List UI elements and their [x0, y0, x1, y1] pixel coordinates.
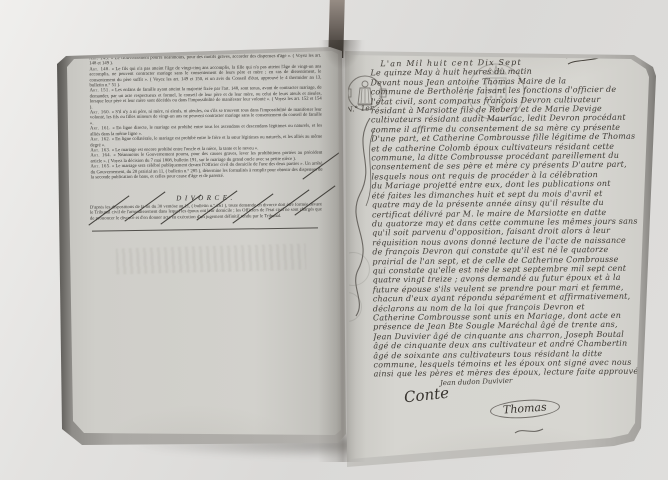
left-page-paper: Art. 145. « Le Gouvernement pourra néanm…: [54, 42, 346, 454]
archival-photo: { "colors": { "background": "#dedddb", "…: [0, 0, 668, 480]
printed-articles: Art. 145. « Le Gouvernement pourra néanm…: [89, 54, 323, 195]
manuscript-text: L'an Mil huit cent Dix Sept Le quinze Ma…: [370, 57, 639, 388]
signature-conte: Conte: [403, 384, 450, 407]
article-paragraph: Art. 165. « Le mariage sera célébré publ…: [90, 162, 322, 181]
left-page: Art. 145. « Le Gouvernement pourra néanm…: [54, 42, 346, 454]
article-paragraph: Art. 148. « Le fils qui n'a pas atteint …: [89, 64, 321, 88]
article-paragraph: Art. 151. « Les enfans de famille ayant …: [90, 86, 322, 110]
right-page: 2me N.° 1er: [344, 40, 666, 470]
signature-thomas: Thomas: [489, 398, 560, 421]
signature-flourish-icon: [514, 426, 544, 436]
margin-entry-number: N.° 1er: [346, 103, 374, 114]
right-page-paper: 2me N.° 1er: [344, 40, 666, 470]
article-text: « Les enfans de famille ayant atteint la…: [90, 86, 322, 110]
article-text: « Le mariage sera célébré publiquement d…: [91, 162, 323, 181]
article-text: « Le fils qui n'a pas atteint l'âge de v…: [89, 64, 321, 88]
ink-showthrough: [116, 244, 307, 275]
article-number: Art. 162.: [90, 137, 110, 142]
